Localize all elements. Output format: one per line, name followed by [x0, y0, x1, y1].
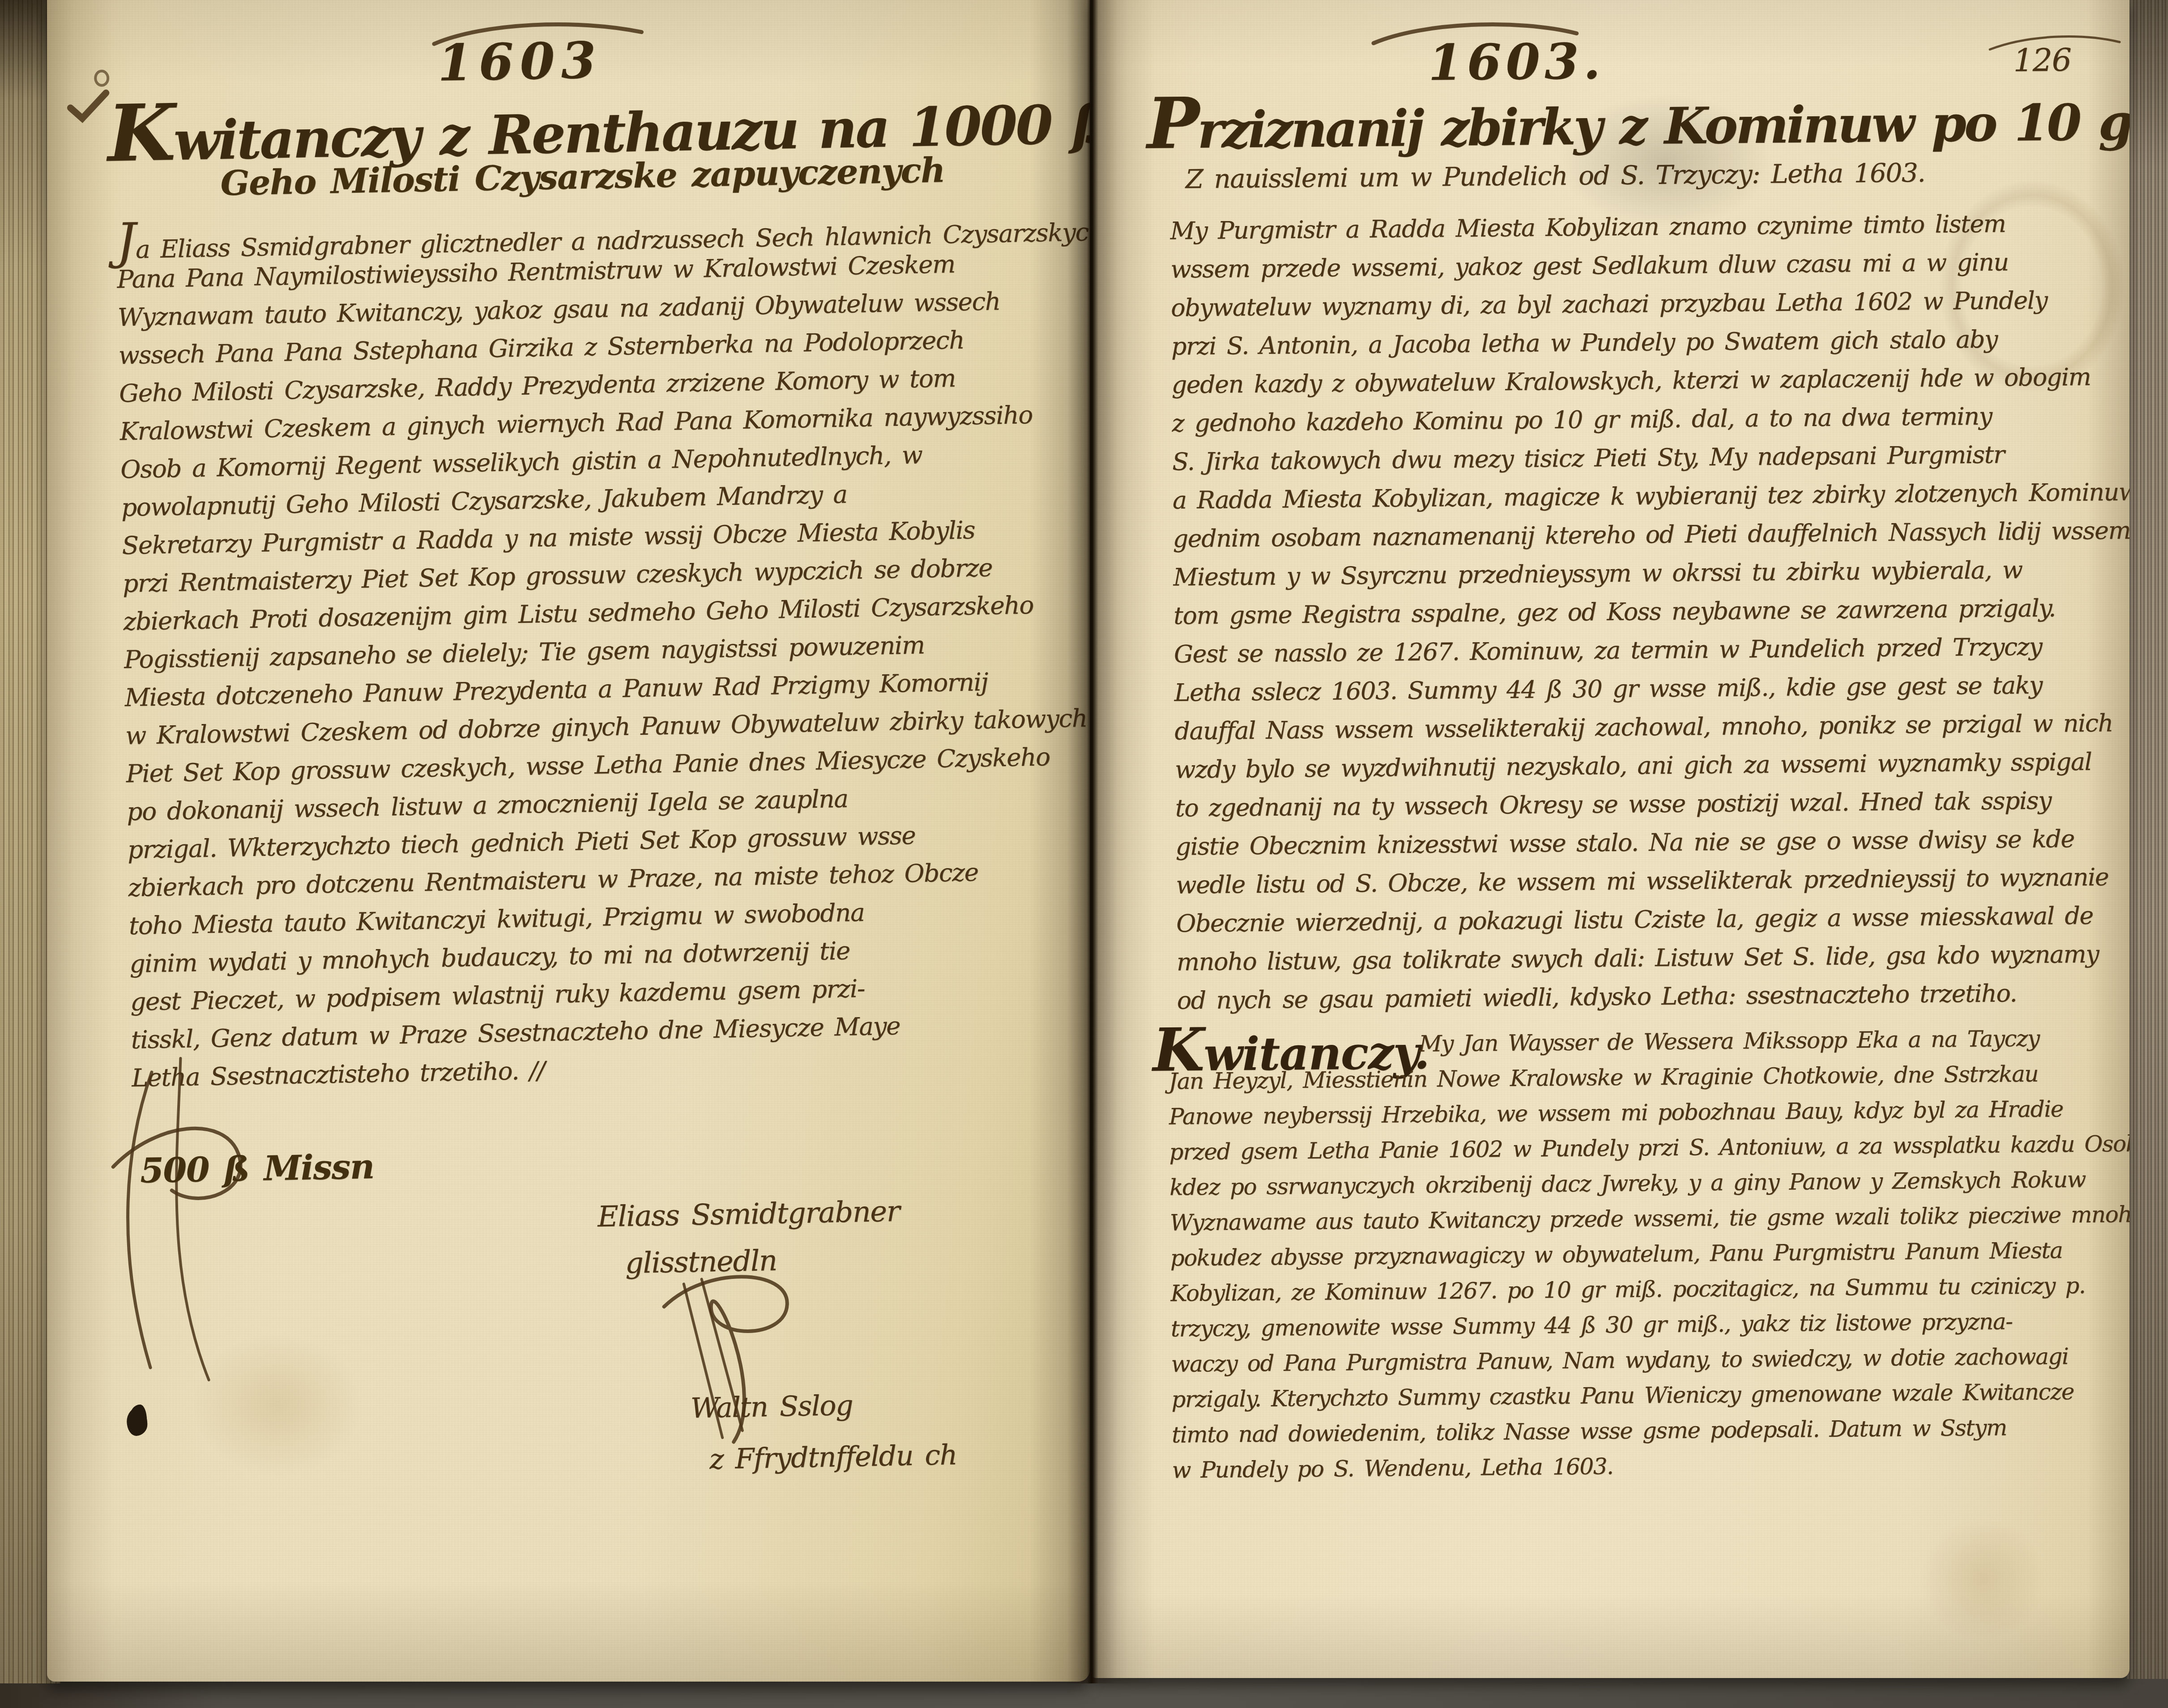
left-page: 1603 Kwitanczy z Renthauzu na 1000 ß miß… [47, 0, 1090, 1682]
margin-paraph-icon [84, 1051, 341, 1414]
ink-dot-mark [94, 69, 110, 87]
folio-number: 126 [2013, 42, 2071, 79]
body-text: Ja Eliass Ssmidgrabner glicztnedler a na… [116, 204, 1090, 1097]
signature-line: z Ffrydtnffeldu ch [709, 1429, 957, 1485]
blue-check-mark-icon [67, 88, 112, 125]
book-spread: 1603 Kwitanczy z Renthauzu na 1000 ß miß… [0, 0, 2168, 1708]
text-line: od nych se gsau pamieti wiedli, kdysko L… [1177, 973, 2130, 1020]
page-subtitle: Z nauisslemi um w Pundelich od S. Trzycz… [1185, 158, 1925, 194]
ink-blot [127, 1407, 148, 1436]
signature-line: Eliass Ssmidtgrabner [597, 1188, 900, 1241]
page-stack-edge-right [2127, 0, 2168, 1679]
body-text: My Purgmistr a Radda Miesta Kobylizan zn… [1170, 204, 2130, 1020]
page-title: Prziznanij zbirky z Kominuw po 10 gr myß [1147, 74, 2130, 165]
left-page-content: 1603 Kwitanczy z Renthauzu na 1000 ß miß… [47, 0, 1090, 1681]
margin-note-amount: 500 ß Missn [140, 1146, 374, 1191]
signature-line: Waltn Sslog [690, 1377, 956, 1434]
right-page: 126 1603. Prziznanij zbirky z Kominuw po… [1092, 0, 2130, 1678]
kwitanczy-paragraph: My Jan Waysser de Wessera Mikssopp Eka a… [1168, 1020, 2130, 1488]
right-page-content: 126 1603. Prziznanij zbirky z Kominuw po… [1092, 0, 2130, 1678]
signature-block-2: Waltn Sslogz Ffrydtnffeldu ch [690, 1377, 957, 1485]
